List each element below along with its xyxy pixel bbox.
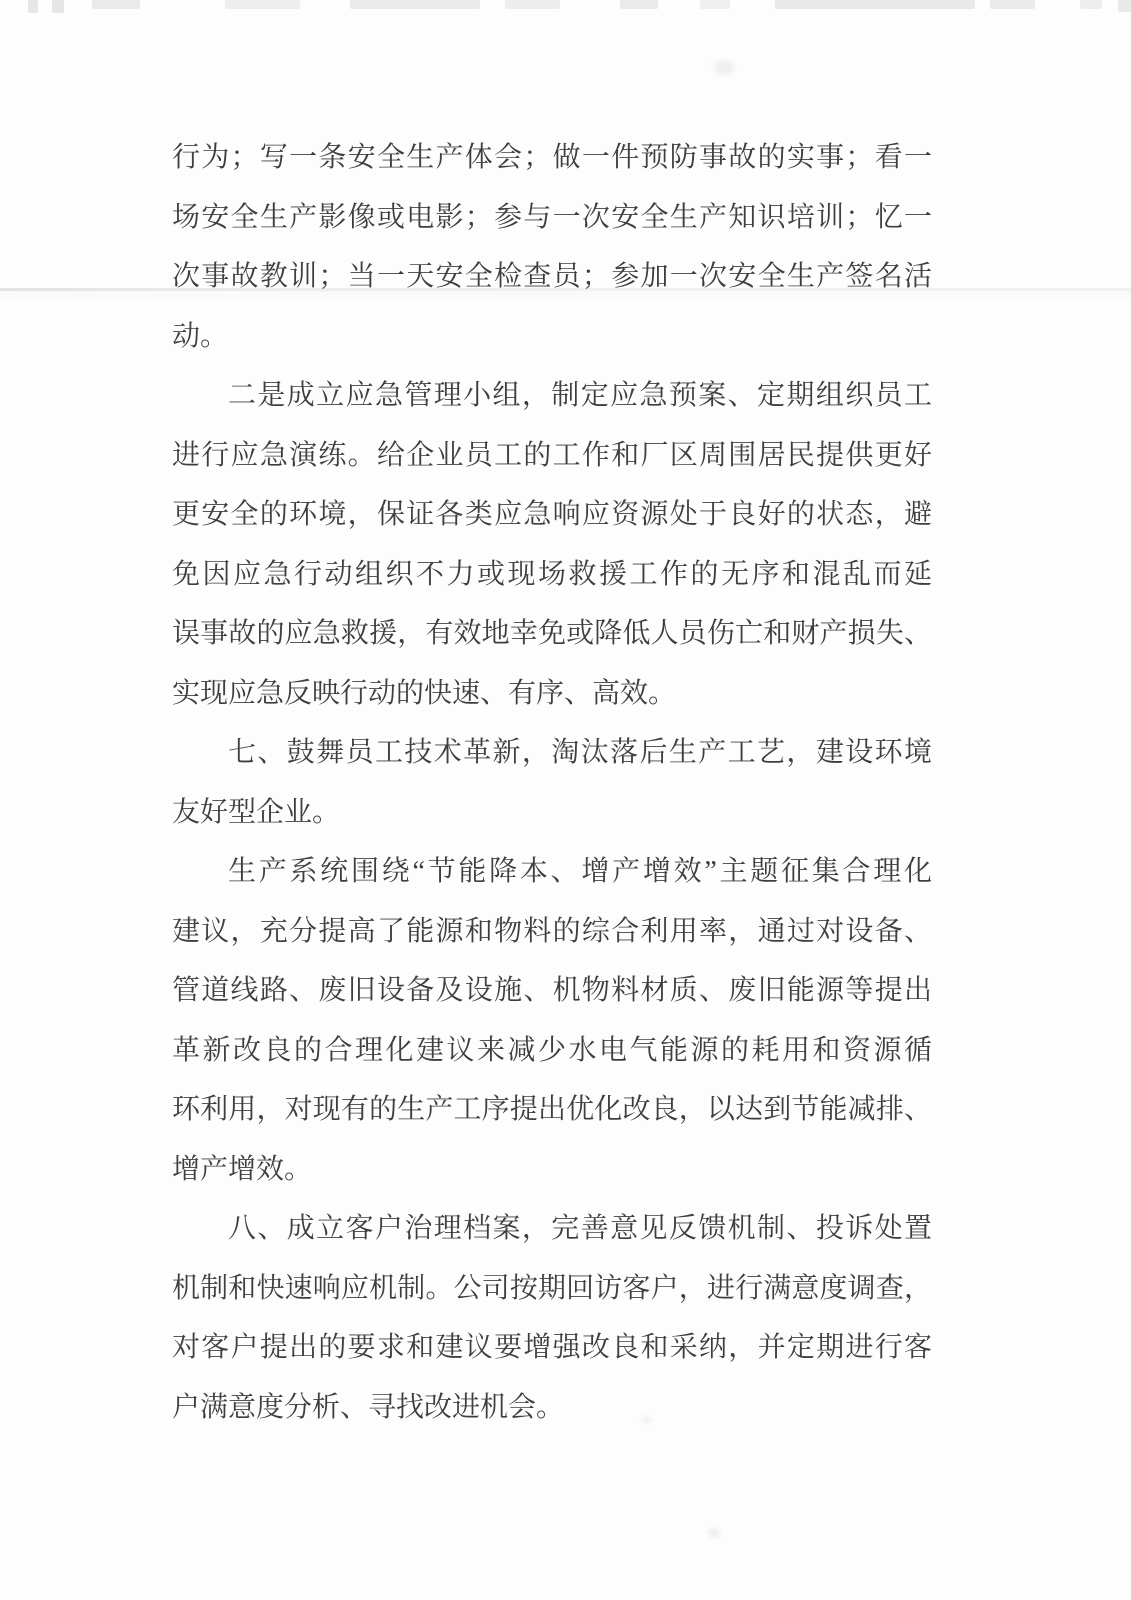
text-line: 进行应急演练。给企业员工的工作和厂区周围居民提供更好 (172, 426, 932, 486)
text-line: 生产系统围绕“节能降本、增产增效”主题征集合理化 (172, 842, 932, 902)
paragraph-5: 八、成立客户治理档案，完善意见反馈机制、投诉处置 机制和快速响应机制。公司按期回… (172, 1199, 932, 1437)
text-line: 户满意度分析、寻找改进机会。 (172, 1378, 932, 1438)
scan-artifact-top-edge (775, 0, 975, 9)
text-line: 管道线路、废旧设备及设施、机物料材质、废旧能源等提出 (172, 961, 932, 1021)
paragraph-3: 七、鼓舞员工技术革新，淘汰落后生产工艺，建设环境 友好型企业。 (172, 723, 932, 842)
text-line: 对客户提出的要求和建议要增强改良和采纳，并定期进行客 (172, 1318, 932, 1378)
text-line: 友好型企业。 (172, 783, 932, 843)
text-line: 七、鼓舞员工技术革新，淘汰落后生产工艺，建设环境 (172, 723, 932, 783)
scan-artifact-top-edge (505, 0, 560, 9)
text-line: 建议，充分提高了能源和物料的综合利用率，通过对设备、 (172, 902, 932, 962)
text-line: 行为；写一条安全生产体会；做一件预防事故的实事；看一 (172, 128, 932, 188)
paragraph-2: 二是成立应急管理小组，制定应急预案、定期组织员工 进行应急演练。给企业员工的工作… (172, 366, 932, 723)
scan-artifact-top-edge (1080, 0, 1102, 9)
text-line: 次事故教训；当一天安全检查员；参加一次安全生产签名活 (172, 247, 932, 307)
text-line: 场安全生产影像或电影；参与一次安全生产知识培训；忆一 (172, 188, 932, 248)
scan-artifact-top-edge (350, 0, 480, 9)
text-line: 增产增效。 (172, 1140, 932, 1200)
scan-artifact-top-edge (1118, 0, 1131, 12)
text-line: 二是成立应急管理小组，制定应急预案、定期组织员工 (172, 366, 932, 426)
text-line: 免因应急行动组织不力或现场救援工作的无序和混乱而延 (172, 545, 932, 605)
scan-artifact-top-edge (92, 0, 140, 9)
document-text: 行为；写一条安全生产体会；做一件预防事故的实事；看一 场安全生产影像或电影；参与… (172, 128, 932, 1437)
text-line: 更安全的环境，保证各类应急响应资源处于良好的状态，避 (172, 485, 932, 545)
text-line: 动。 (172, 307, 932, 367)
text-line: 环利用，对现有的生产工序提出优化改良，以达到节能减排、 (172, 1080, 932, 1140)
scan-artifact-top-edge (990, 0, 1035, 9)
text-line: 革新改良的合理化建议来减少水电气能源的耗用和资源循 (172, 1021, 932, 1081)
text-line: 八、成立客户治理档案，完善意见反馈机制、投诉处置 (172, 1199, 932, 1259)
text-line: 实现应急反映行动的快速、有序、高效。 (172, 664, 932, 724)
scan-artifact-top-edge (52, 0, 64, 13)
paragraph-1: 行为；写一条安全生产体会；做一件预防事故的实事；看一 场安全生产影像或电影；参与… (172, 128, 932, 366)
text-line: 误事故的应急救援，有效地幸免或降低人员伤亡和财产损失、 (172, 604, 932, 664)
scan-artifact-smudge (708, 1528, 720, 1537)
scan-artifact-top-edge (225, 0, 300, 9)
scan-artifact-top-edge (700, 0, 730, 9)
paragraph-4: 生产系统围绕“节能降本、增产增效”主题征集合理化 建议，充分提高了能源和物料的综… (172, 842, 932, 1199)
scan-artifact-top-edge (620, 0, 658, 9)
text-line: 机制和快速响应机制。公司按期回访客户，进行满意度调查， (172, 1259, 932, 1319)
document-page: 行为；写一条安全生产体会；做一件预防事故的实事；看一 场安全生产影像或电影；参与… (0, 0, 1131, 1600)
scan-artifact-top-edge (28, 0, 38, 13)
scan-artifact-smudge (714, 60, 734, 75)
